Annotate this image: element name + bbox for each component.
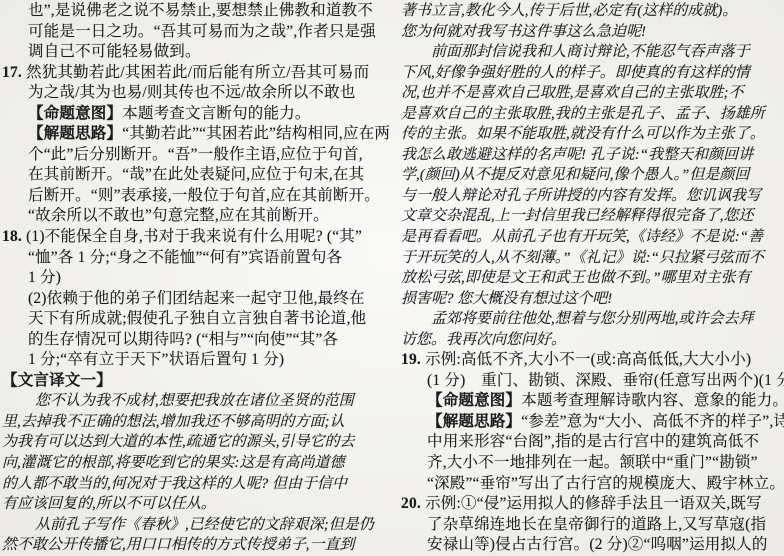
text-run: 1 分) (28, 269, 61, 286)
text-line: 安禄山等)侵占古行宫。(2 分)②“呜咽”运用拟人的 (401, 535, 784, 556)
text-line: 前面那封信说我和人商讨辩论,不能忍气吞声落于 (401, 42, 784, 63)
text-line: 您为何就对我写书这件事这么急迫呢! (401, 22, 784, 43)
text-run: 下风,好像争强好胜的人的样子。即使真的有这样的情 (401, 65, 750, 81)
text-run: 的生存情况可以期待吗? (“相与”“向使”“其”各 (28, 331, 338, 348)
text-run: 孟郊将要前往他处,想着与您分别两地,或许会去拜 (431, 311, 754, 327)
text-run: 本题考查文言断句的能力。 (122, 105, 310, 122)
text-run: 为之哉/其为也易/则其传也不远/故余所以不敢也 (28, 84, 356, 101)
text-line: (2)依赖于他的弟子们团结起来一起守卫他,最终在 (2, 289, 392, 310)
text-run: “深殿”“垂帘”写出了古行宫的规模庞大、殿宇林立。 (427, 475, 784, 492)
text-line: 是喜欢自己的主张取胜,我的主张是孔子、孟子、扬雄所 (401, 104, 784, 125)
text-run: 是再看看吧。从前孔子也有开玩笑,《诗经》不是说:“善 (401, 229, 763, 245)
text-line: 我怎么敢逃避这样的名声呢! 孔子说:“我整天和颜回讲 (401, 145, 784, 166)
text-run: 天下有所成就;假使孔子独自立言独自著书论道,他 (28, 310, 366, 327)
text-run: 安禄山等)侵占古行宫。(2 分)②“呜咽”运用拟人的 (427, 536, 768, 553)
text-run: 1 分;“卒有立于天下”状语后置句 1 分) (28, 351, 284, 368)
text-line: 从前孔子写作《春秋》,已经使它的文辞艰深;但是仍 (2, 515, 392, 536)
text-run: 放松弓弦,即使是文王和武王也做不到。”哪里对主张有 (401, 270, 751, 286)
text-run: 与一般人辩论对孔子所讲授的内容有发挥。您讥讽我写 (401, 188, 761, 204)
text-line: “深殿”“垂帘”写出了古行宫的规模庞大、殿宇林立。 (401, 474, 784, 495)
text-line: 损害呢? 您大概没有想过这个吧! (401, 289, 784, 310)
text-line: 有应该回复的,所以不可以任从。 (2, 494, 392, 515)
text-run: 我怎么敢逃避这样的名声呢! 孔子说:“我整天和颜回讲 (401, 147, 753, 163)
emphasis-run: 19. (401, 351, 425, 368)
text-line: 向,灌溉它的根部,将要吃到它的果实:这是有高尚道德 (2, 453, 392, 474)
emphasis-run: 【文言译文一】 (2, 372, 112, 389)
text-line: 【解题思路】“其勤若此”“其困若此”结构相同,应在两 (2, 124, 392, 145)
text-run: 示例:高低不齐,大小不一(或:高高低低,大大小小) (425, 351, 751, 368)
text-line: 【文言译文一】 (2, 371, 392, 392)
text-run: 向,灌溉它的根部,将要吃到它的果实:这是有高尚道德 (2, 455, 345, 471)
text-run: “参差”意为“大小、高低不齐的样子”,诗 (521, 413, 784, 430)
text-run: 您不认为我不成材,想要把我放在诸位圣贤的范围 (35, 393, 354, 409)
text-line: 个“此”后分别断开。“吾”一般作主语,应位于句首, (2, 145, 392, 166)
text-run: 可能是一日之功。“吾其可易而为之哉”,作者只是强 (28, 23, 376, 40)
text-line: 【解题思路】“参差”意为“大小、高低不齐的样子”,诗 (401, 412, 784, 433)
text-line: 【命题意图】本题考查文言断句的能力。 (2, 104, 392, 125)
emphasis-run: 17. (2, 64, 26, 81)
text-run: 您为何就对我写书这件事这么急迫呢! (401, 24, 646, 40)
text-line: “故余所以不敢也”句意完整,应在其前断开。 (2, 206, 392, 227)
text-run: (1)不能保全自身,书对于我来说有什么用呢? (“其” (26, 228, 362, 245)
text-run: 访您。我再次向您问好。 (401, 332, 566, 348)
document-page: 也”,是说佛老之说不易禁止,要想禁止佛教和道教不可能是一日之功。“吾其可易而为之… (0, 0, 784, 556)
text-run: “其勤若此”“其困若此”结构相同,应在两 (122, 125, 390, 142)
text-run: 调自己不可能轻易做到。 (28, 43, 201, 60)
text-run: 是喜欢自己的主张取胜,我的主张是孔子、孟子、扬雄所 (401, 106, 765, 122)
text-line: 著书立言,教化今人,传于后世,必定有(这样的成就)。 (401, 1, 784, 22)
text-line: 然不敢公开传播它,用口口相传的方式传授弟子,一直到 (2, 535, 392, 556)
text-line: 了杂草绵连地长在皇帝御行的道路上,又写草寇(指 (401, 515, 784, 536)
emphasis-run: 【命题意图】 (28, 105, 122, 122)
text-run: 为我有可以达到大道的本性,疏通它的源头,引导它的去 (2, 434, 355, 450)
text-line: 于开玩笑的人,从不刻薄。”《礼记》说:“只拉紧弓弦而不 (401, 248, 784, 269)
text-line: 下风,好像争强好胜的人的样子。即使真的有这样的情 (401, 63, 784, 84)
text-run: 学,(颜回)从不提反对意见和疑问,像个愚人。”但是颜回 (401, 167, 749, 183)
text-run: 个“此”后分别断开。“吾”一般作主语,应位于句首, (28, 146, 363, 163)
text-run: 里,去掉我不正确的想法,增加我还不够高明的方面;认 (2, 414, 345, 430)
text-line: 可能是一日之功。“吾其可易而为之哉”,作者只是强 (2, 22, 392, 43)
text-line: 文章交杂混乱,上一封信里我已经解释得很完备了,您还 (401, 206, 784, 227)
text-column-right: 著书立言,教化今人,传于后世,必定有(这样的成就)。您为何就对我写书这件事这么急… (401, 1, 784, 556)
text-line: 的生存情况可以期待吗? (“相与”“向使”“其”各 (2, 330, 392, 351)
text-run: 有应该回复的,所以不可以任从。 (2, 496, 216, 512)
text-line: 的人都不敢当的,何况对于我这样的人呢? 但由于信中 (2, 474, 392, 495)
text-line: 调自己不可能轻易做到。 (2, 42, 392, 63)
text-run: 况,也并不是喜欢自己取胜,是喜欢自己的主张取胜;不 (401, 85, 744, 101)
text-run: 齐,大小不一地排列在一起。颔联中“重门”“勘锁” (427, 454, 758, 471)
text-line: 【命题意图】本题考查理解诗歌内容、意象的能力。 (401, 391, 784, 412)
text-line: 天下有所成就;假使孔子独自立言独自著书论道,他 (2, 309, 392, 330)
text-run: 文章交杂混乱,上一封信里我已经解释得很完备了,您还 (401, 208, 754, 224)
emphasis-run: 20. (401, 495, 425, 512)
text-run: 的人都不敢当的,何况对于我这样的人呢? 但由于信中 (2, 476, 347, 492)
text-line: 访您。我再次向您问好。 (401, 330, 784, 351)
text-line: 孟郊将要前往他处,想着与您分别两地,或许会去拜 (401, 309, 784, 330)
emphasis-run: 18. (2, 228, 26, 245)
text-line: (1 分) 重门、勘锁、深殿、垂帘(任意写出两个)(1 分) (401, 371, 784, 392)
text-run: 从前孔子写作《春秋》,已经使它的文辞艰深;但是仍 (35, 517, 374, 533)
text-line: 也”,是说佛老之说不易禁止,要想禁止佛教和道教不 (2, 1, 392, 22)
text-line: 17. 然犹其勤若此/其困若此/而后能有所立/吾其可易而 (2, 63, 392, 84)
text-column-left: 也”,是说佛老之说不易禁止,要想禁止佛教和道教不可能是一日之功。“吾其可易而为之… (2, 1, 392, 556)
text-line: 1 分) (2, 268, 392, 289)
text-line: “恤”各 1 分;“身之不能恤”“何有”宾语前置句各 (2, 248, 392, 269)
text-line: 是再看看吧。从前孔子也有开玩笑,《诗经》不是说:“善 (401, 227, 784, 248)
text-line: 放松弓弦,即使是文王和武王也做不到。”哪里对主张有 (401, 268, 784, 289)
text-line: 况,也并不是喜欢自己取胜,是喜欢自己的主张取胜;不 (401, 83, 784, 104)
text-run: (1 分) 重门、勘锁、深殿、垂帘(任意写出两个)(1 分) (427, 372, 784, 389)
text-run: 传的主张。如果不能取胜,就没有什么可以作为主张了。 (401, 126, 765, 142)
text-line: 学,(颜回)从不提反对意见和疑问,像个愚人。”但是颜回 (401, 165, 784, 186)
text-run: “恤”各 1 分;“身之不能恤”“何有”宾语前置句各 (28, 249, 342, 266)
text-run: 损害呢? 您大概没有想过这个吧! (401, 291, 612, 307)
text-run: 示例:①“侵”运用拟人的修辞手法且一语双关,既写 (425, 495, 762, 512)
text-run: 前面那封信说我和人商讨辩论,不能忍气吞声落于 (431, 44, 750, 60)
text-run: 于开玩笑的人,从不刻薄。”《礼记》说:“只拉紧弓弦而不 (401, 250, 764, 266)
text-run: “故余所以不敢也”句意完整,应在其前断开。 (28, 207, 329, 224)
text-run: 也”,是说佛老之说不易禁止,要想禁止佛教和道教不 (28, 2, 373, 19)
emphasis-run: 【命题意图】 (427, 392, 521, 409)
text-run: 在其前断开。“哉”在此处表疑问,应位于句末,在其 (28, 166, 364, 183)
emphasis-run: 【解题思路】 (28, 125, 122, 142)
text-line: 1 分;“卒有立于天下”状语后置句 1 分) (2, 350, 392, 371)
emphasis-run: 【解题思路】 (427, 413, 521, 430)
text-run: 中用来形容“台阁”,指的是古行宫中的建筑高低不 (427, 433, 759, 450)
text-run: 然犹其勤若此/其困若此/而后能有所立/吾其可易而 (26, 64, 369, 81)
text-line: 19. 示例:高低不齐,大小不一(或:高高低低,大大小小) (401, 350, 784, 371)
text-line: 在其前断开。“哉”在此处表疑问,应位于句末,在其 (2, 165, 392, 186)
text-line: 为我有可以达到大道的本性,疏通它的源头,引导它的去 (2, 432, 392, 453)
text-line: 18. (1)不能保全自身,书对于我来说有什么用呢? (“其” (2, 227, 392, 248)
text-line: 您不认为我不成材,想要把我放在诸位圣贤的范围 (2, 391, 392, 412)
text-run: 后断开。“则”表承接,一般位于句首,应在其前断开。 (28, 187, 380, 204)
text-run: 了杂草绵连地长在皇帝御行的道路上,又写草寇(指 (427, 516, 766, 533)
text-line: 传的主张。如果不能取胜,就没有什么可以作为主张了。 (401, 124, 784, 145)
text-run: 著书立言,教化今人,传于后世,必定有(这样的成就)。 (401, 3, 737, 19)
text-run: 然不敢公开传播它,用口口相传的方式传授弟子,一直到 (2, 537, 355, 553)
text-line: 与一般人辩论对孔子所讲授的内容有发挥。您讥讽我写 (401, 186, 784, 207)
text-run: 本题考查理解诗歌内容、意象的能力。 (521, 392, 784, 409)
text-run: (2)依赖于他的弟子们团结起来一起守卫他,最终在 (28, 290, 365, 307)
text-line: 为之哉/其为也易/则其传也不远/故余所以不敢也 (2, 83, 392, 104)
text-line: 20. 示例:①“侵”运用拟人的修辞手法且一语双关,既写 (401, 494, 784, 515)
text-line: 后断开。“则”表承接,一般位于句首,应在其前断开。 (2, 186, 392, 207)
text-line: 齐,大小不一地排列在一起。颔联中“重门”“勘锁” (401, 453, 784, 474)
text-line: 里,去掉我不正确的想法,增加我还不够高明的方面;认 (2, 412, 392, 433)
text-line: 中用来形容“台阁”,指的是古行宫中的建筑高低不 (401, 432, 784, 453)
